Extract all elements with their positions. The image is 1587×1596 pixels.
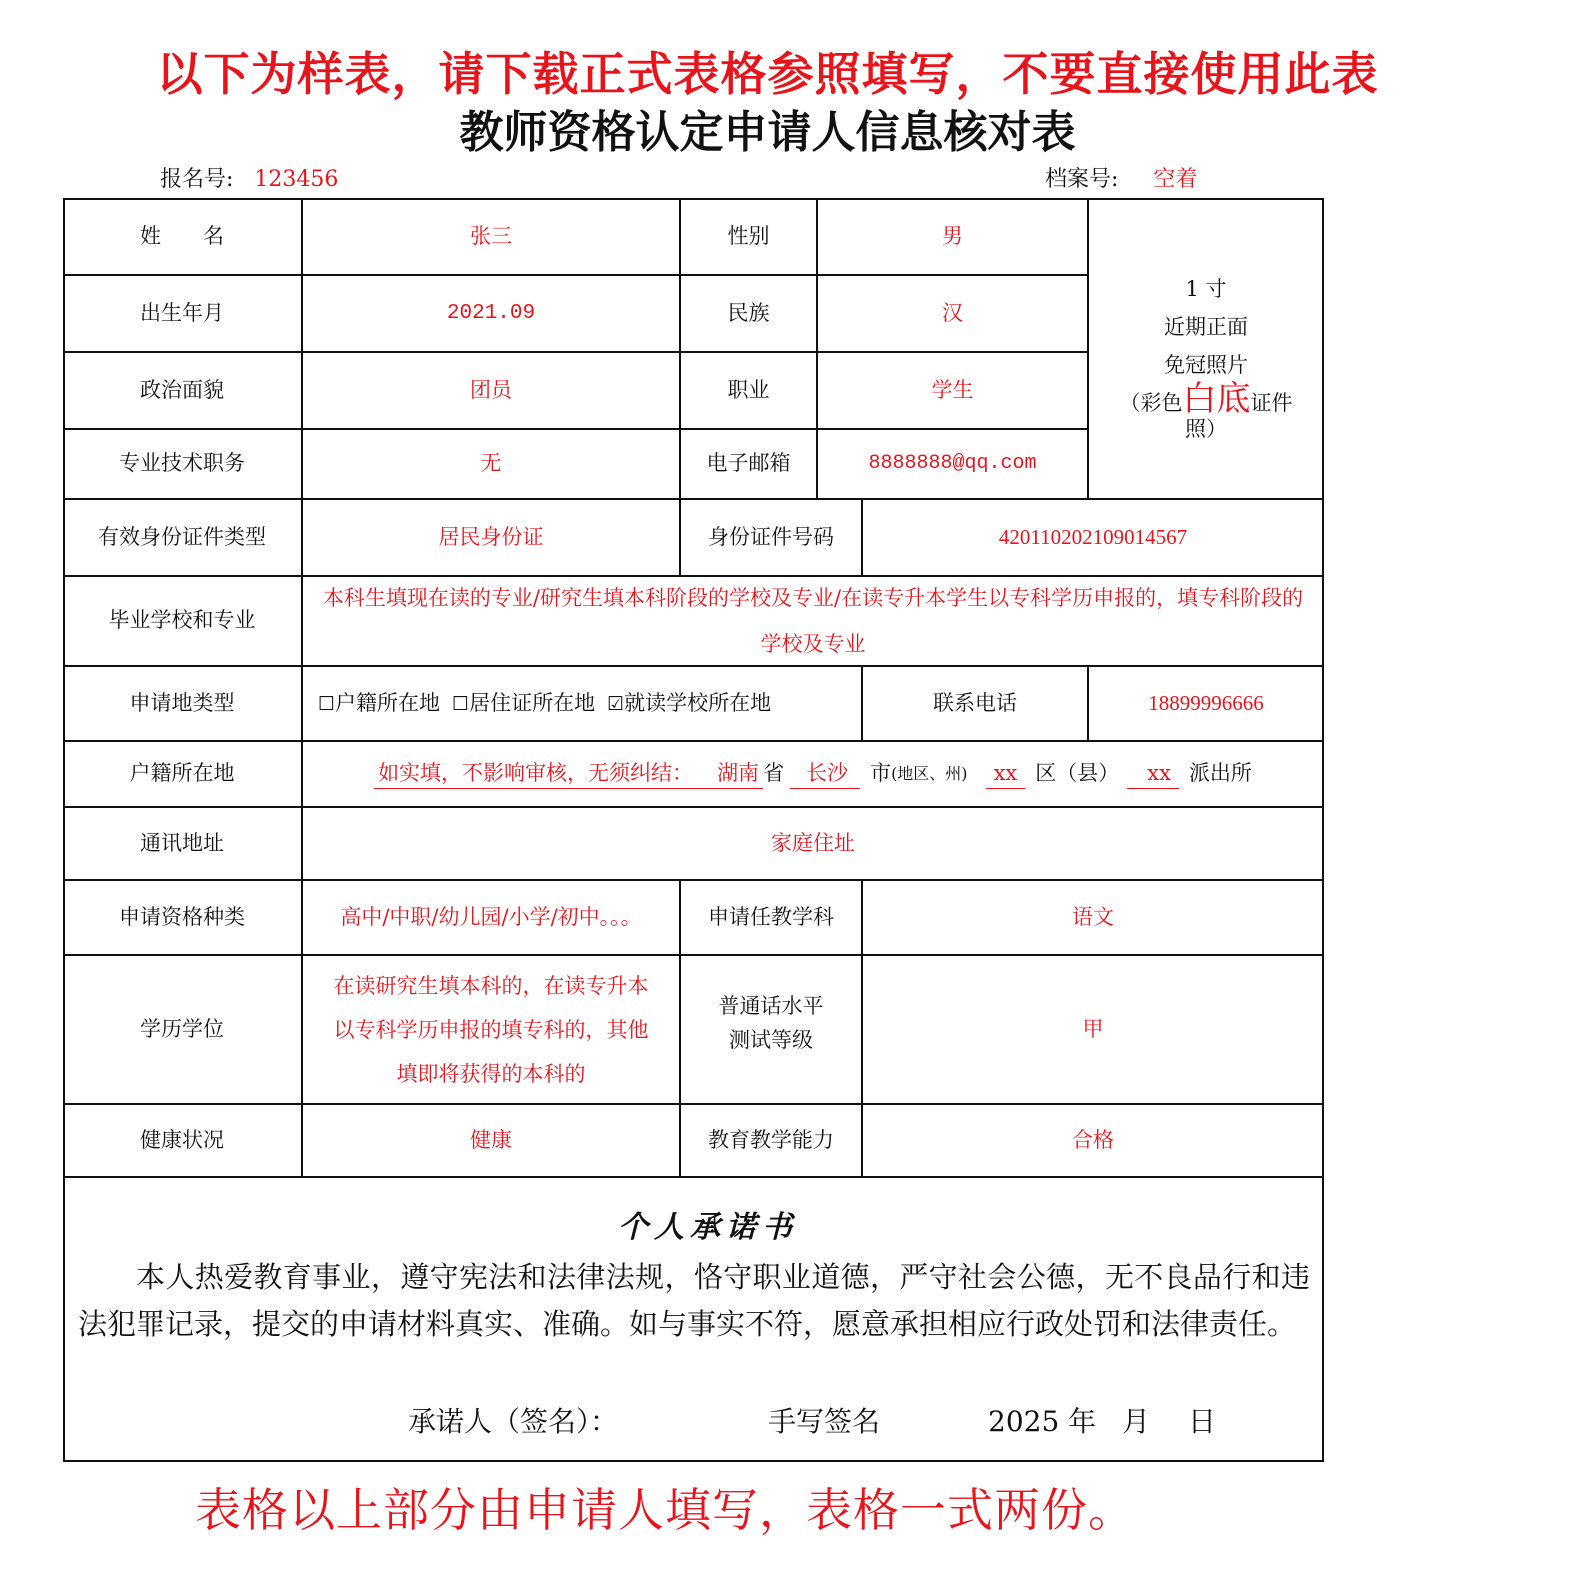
birth-value[interactable]: 2021.09 (302, 275, 680, 352)
email-value[interactable]: 8888888@qq.com (817, 429, 1088, 499)
id-number-label: 身份证件号码 (680, 499, 862, 576)
teaching-subject-value[interactable]: 语文 (862, 880, 1324, 955)
education-degree-value[interactable]: 在读研究生填本科的，在读专升本 以专科学历申报的填专科的，其他 填即将获得的本科… (302, 955, 680, 1104)
photo-placeholder[interactable]: 1 寸 近期正面 免冠照片 （彩色白底证件 照） (1088, 260, 1324, 450)
district-field[interactable]: xx (986, 759, 1026, 789)
teaching-subject-label: 申请任教学科 (680, 880, 862, 955)
mailing-address-value[interactable]: 家庭住址 (302, 807, 1324, 880)
political-status-label: 政治面貌 (63, 352, 301, 429)
archive-number: 档案号: 空着 (1045, 162, 1197, 193)
registration-number-value[interactable]: 123456 (254, 167, 338, 192)
occupation-label: 职业 (680, 352, 817, 429)
qualification-type-value[interactable]: 高中/中职/幼儿园/小学/初中。。。 (302, 880, 680, 955)
professional-title-value[interactable]: 无 (302, 429, 680, 499)
id-type-label: 有效身份证件类型 (63, 499, 301, 576)
mandarin-level-label: 普通话水平 测试等级 (680, 955, 862, 1104)
sample-warning-banner: 以下为样表，请下载正式表格参照填写，不要直接使用此表 (0, 38, 1535, 104)
name-label: 姓 名 (63, 198, 301, 275)
name-value[interactable]: 张三 (302, 198, 680, 275)
registration-number: 报名号: 123456 (160, 162, 338, 193)
pledge-title: 个人承诺书 (63, 1202, 1353, 1246)
checkbox-school-location[interactable]: ☑就读学校所在地 (607, 689, 771, 718)
household-registration-fields: 如实填，不影响审核，无须纠结：湖南省 长沙 市(地区、州) xx 区（县） xx… (302, 741, 1324, 807)
household-registration-label: 户籍所在地 (63, 741, 301, 807)
archive-number-label: 档案号: (1045, 167, 1118, 192)
photo-size-text: 1 寸 (1185, 270, 1226, 308)
white-background-emphasis: 白底 (1183, 379, 1251, 419)
qualification-type-label: 申请资格种类 (63, 880, 301, 955)
checkbox-residence-permit[interactable]: ☐居住证所在地 (452, 689, 595, 718)
id-number-value[interactable]: 420110202109014567 (862, 499, 1324, 576)
archive-number-value[interactable]: 空着 (1153, 167, 1197, 192)
photo-requirement-text: 近期正面 (1164, 308, 1248, 346)
school-major-value[interactable]: 本科生填现在读的专业/研究生填本科阶段的学校及专业/在读专升本学生以专科学历申报… (302, 576, 1324, 666)
city-field[interactable]: 长沙 (790, 759, 860, 789)
health-value[interactable]: 健康 (302, 1104, 680, 1177)
pledge-day[interactable]: 日 (1188, 1400, 1216, 1440)
footer-note: 表格以上部分由申请人填写，表格一式两份。 (195, 1474, 1135, 1540)
ethnicity-value[interactable]: 汉 (817, 275, 1088, 352)
unchecked-box-icon: ☐ (452, 693, 469, 715)
professional-title-label: 专业技术职务 (63, 429, 301, 499)
pledge-year[interactable]: 2025 年 (988, 1400, 1096, 1440)
checked-box-icon: ☑ (607, 693, 624, 715)
gender-value[interactable]: 男 (817, 198, 1088, 275)
pledge-month[interactable]: 月 (1122, 1400, 1150, 1440)
id-type-value[interactable]: 居民身份证 (302, 499, 680, 576)
province-field[interactable]: 湖南 (697, 759, 763, 789)
teaching-ability-label: 教育教学能力 (680, 1104, 862, 1177)
household-note: 如实填，不影响审核，无须纠结： (374, 759, 697, 789)
gender-label: 性别 (680, 198, 817, 275)
mailing-address-label: 通讯地址 (63, 807, 301, 880)
signer-label: 承诺人（签名）： (408, 1400, 618, 1440)
signature-field[interactable]: 手写签名 (768, 1400, 880, 1440)
teaching-ability-value[interactable]: 合格 (862, 1104, 1324, 1177)
birth-label: 出生年月 (63, 275, 301, 352)
form-title: 教师资格认定申请人信息核对表 (0, 96, 1535, 160)
registration-number-label: 报名号: (160, 167, 233, 192)
phone-value[interactable]: 18899996666 (1088, 666, 1324, 741)
education-degree-label: 学历学位 (63, 955, 301, 1104)
application-place-type-label: 申请地类型 (63, 666, 301, 741)
mandarin-level-value[interactable]: 甲 (862, 955, 1324, 1104)
occupation-value[interactable]: 学生 (817, 352, 1088, 429)
police-station-field[interactable]: xx (1127, 759, 1179, 789)
health-label: 健康状况 (63, 1104, 301, 1177)
phone-label: 联系电话 (862, 666, 1088, 741)
application-place-type-options: ☐户籍所在地 ☐居住证所在地 ☑就读学校所在地 (302, 666, 862, 741)
political-status-value[interactable]: 团员 (302, 352, 680, 429)
email-label: 电子邮箱 (680, 429, 817, 499)
ethnicity-label: 民族 (680, 275, 817, 352)
school-major-label: 毕业学校和专业 (63, 576, 301, 666)
unchecked-box-icon: ☐ (318, 693, 335, 715)
pledge-body: 本人热爱教育事业，遵守宪法和法律法规，恪守职业道德，严守社会公德，无不良品行和违… (78, 1254, 1310, 1348)
photo-background-text: （彩色白底证件 (1120, 384, 1293, 418)
checkbox-household-registration[interactable]: ☐户籍所在地 (318, 689, 440, 718)
